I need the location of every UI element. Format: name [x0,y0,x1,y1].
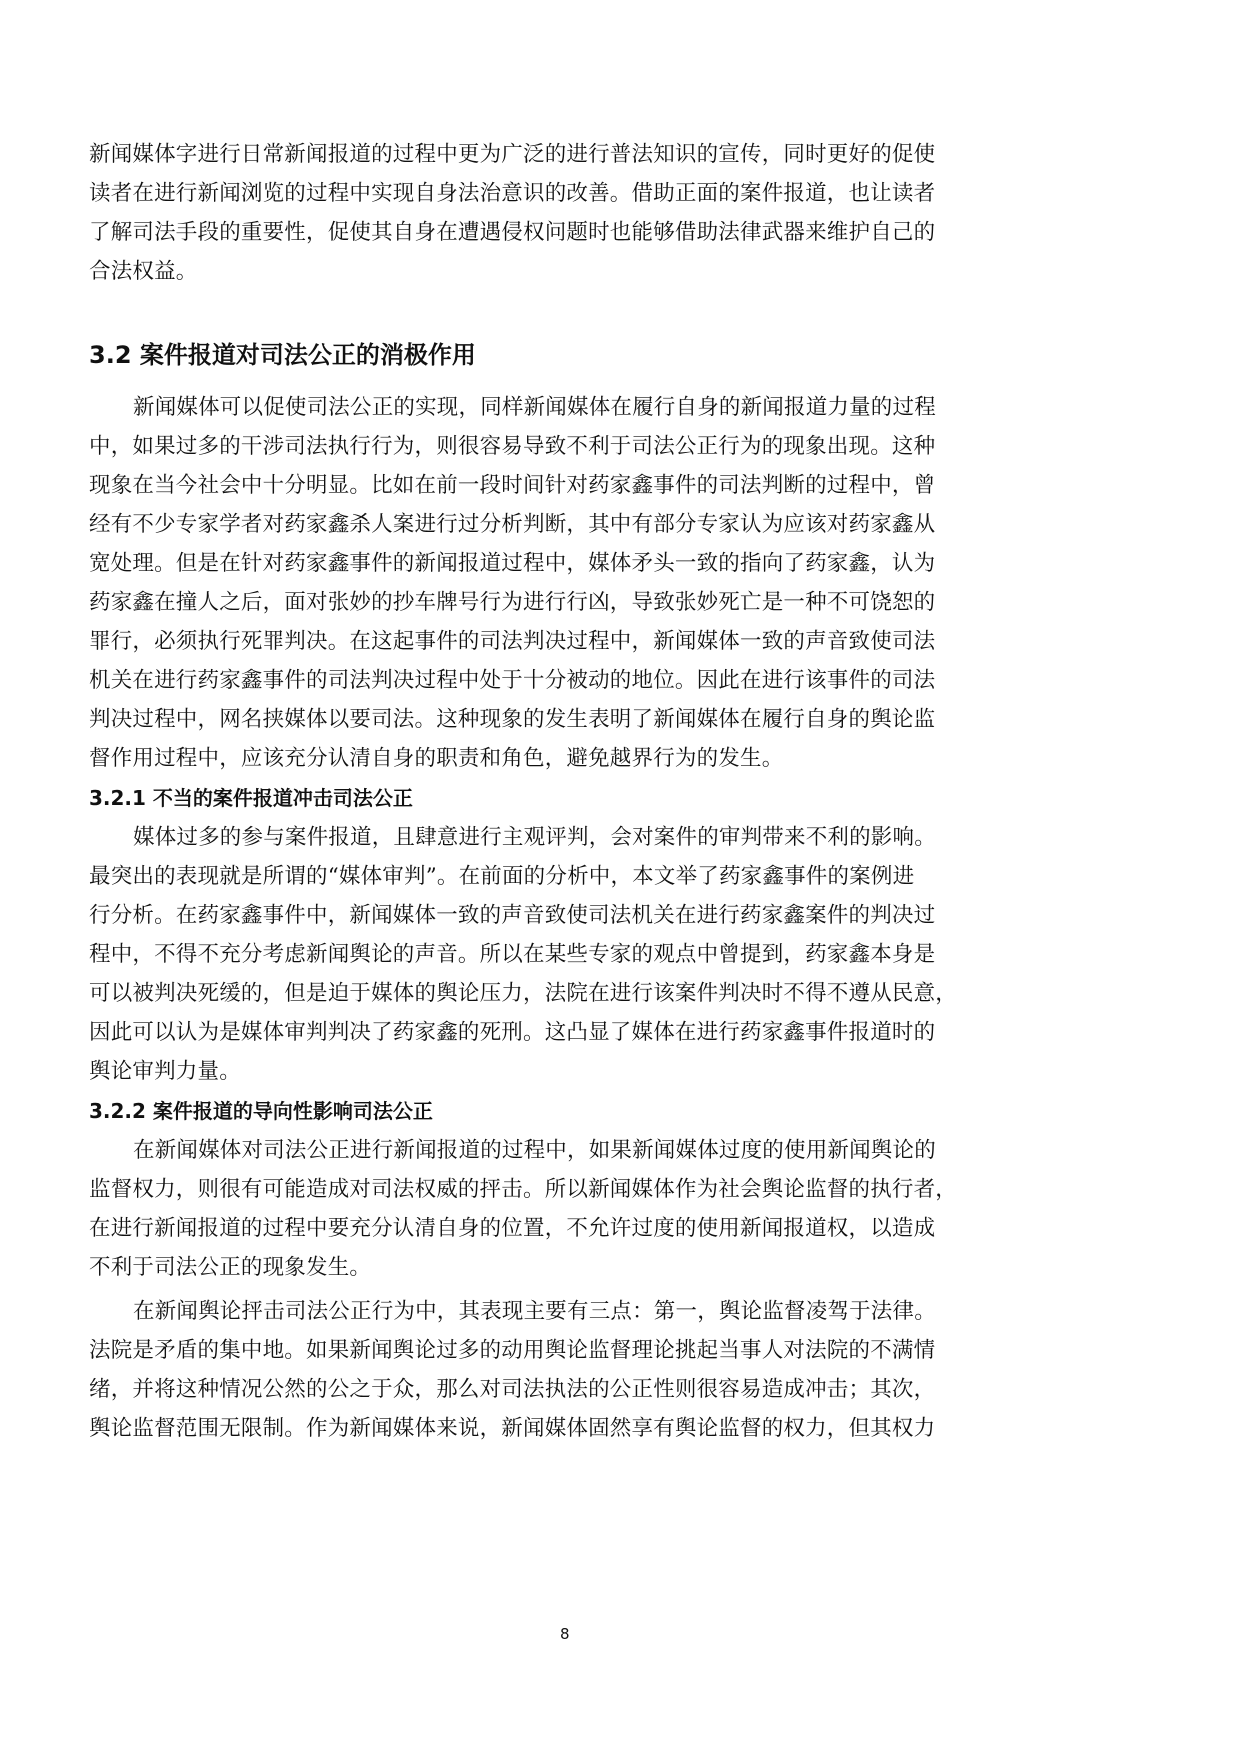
body-line: 现象在当今社会中十分明显。比如在前一段时间针对药家鑫事件的司法判断的过程中，曾 [89,466,1049,505]
document-page: 新闻媒体字进行日常新闻报道的过程中更为广泛的进行普法知识的宣传，同时更好的促使 … [0,0,1240,1755]
body-line: 药家鑫在撞人之后，面对张妙的抄车牌号行为进行行凶，导致张妙死亡是一种不可饶恕的 [89,583,1049,622]
body-line: 可以被判决死缓的，但是迫于媒体的舆论压力，法院在进行该案件判决时不得不遵从民意， [89,974,1049,1013]
body-line: 督作用过程中，应该充分认清自身的职责和角色，避免越界行为的发生。 [89,739,1049,778]
body-line: 中，如果过多的干涉司法执行行为，则很容易导致不利于司法公正行为的现象出现。这种 [89,427,1049,466]
body-line: 监督权力，则很有可能造成对司法权威的抨击。所以新闻媒体作为社会舆论监督的执行者， [89,1170,1049,1209]
body-line: 新闻媒体字进行日常新闻报道的过程中更为广泛的进行普法知识的宣传，同时更好的促使 [89,135,1049,174]
body-line: 新闻媒体可以促使司法公正的实现，同样新闻媒体在履行自身的新闻报道力量的过程 [89,388,1093,427]
body-line: 舆论审判力量。 [89,1052,1049,1091]
body-line: 因此可以认为是媒体审判判决了药家鑫的死刑。这凸显了媒体在进行药家鑫事件报道时的 [89,1013,1049,1052]
body-line: 机关在进行药家鑫事件的司法判决过程中处于十分被动的地位。因此在进行该事件的司法 [89,661,1049,700]
body-line: 不利于司法公正的现象发生。 [89,1248,1049,1287]
body-line: 宽处理。但是在针对药家鑫事件的新闻报道过程中，媒体矛头一致的指向了药家鑫，认为 [89,544,1049,583]
body-line: 程中，不得不充分考虑新闻舆论的声音。所以在某些专家的观点中曾提到，药家鑫本身是 [89,935,1049,974]
page-number: 8 [560,1625,570,1643]
body-line: 合法权益。 [89,252,1049,291]
body-line: 媒体过多的参与案件报道，且肆意进行主观评判，会对案件的审判带来不利的影响。 [89,818,1093,857]
body-line: 最突出的表现就是所谓的“媒体审判”。在前面的分析中，本文举了药家鑫事件的案例进 [89,857,1049,896]
body-line: 舆论监督范围无限制。作为新闻媒体来说，新闻媒体固然享有舆论监督的权力，但其权力 [89,1409,1049,1448]
body-line: 法院是矛盾的集中地。如果新闻舆论过多的动用舆论监督理论挑起当事人对法院的不满情 [89,1331,1049,1370]
body-line: 读者在进行新闻浏览的过程中实现自身法治意识的改善。借助正面的案件报道，也让读者 [89,174,1049,213]
body-line: 在进行新闻报道的过程中要充分认清自身的位置，不允许过度的使用新闻报道权，以造成 [89,1209,1049,1248]
body-line: 在新闻舆论抨击司法公正行为中，其表现主要有三点：第一，舆论监督凌驾于法律。 [89,1292,1093,1331]
body-line: 判决过程中，网名挟媒体以要司法。这种现象的发生表明了新闻媒体在履行自身的舆论监 [89,700,1049,739]
subsection-heading-3-2-1: 3.2.1 不当的案件报道冲击司法公正 [89,779,413,818]
subsection-heading-3-2-2: 3.2.2 案件报道的导向性影响司法公正 [89,1092,433,1131]
body-line: 罪行，必须执行死罪判决。在这起事件的司法判决过程中，新闻媒体一致的声音致使司法 [89,622,1049,661]
body-line: 在新闻媒体对司法公正进行新闻报道的过程中，如果新闻媒体过度的使用新闻舆论的 [89,1131,1093,1170]
body-line: 经有不少专家学者对药家鑫杀人案进行过分析判断，其中有部分专家认为应该对药家鑫从 [89,505,1049,544]
body-line: 行分析。在药家鑫事件中，新闻媒体一致的声音致使司法机关在进行药家鑫案件的判决过 [89,896,1049,935]
section-heading-3-2: 3.2 案件报道对司法公正的消极作用 [89,335,476,375]
body-line: 绪，并将这种情况公然的公之于众，那么对司法执法的公正性则很容易造成冲击；其次， [89,1370,1049,1409]
body-line: 了解司法手段的重要性，促使其自身在遭遇侵权问题时也能够借助法律武器来维护自己的 [89,213,1049,252]
